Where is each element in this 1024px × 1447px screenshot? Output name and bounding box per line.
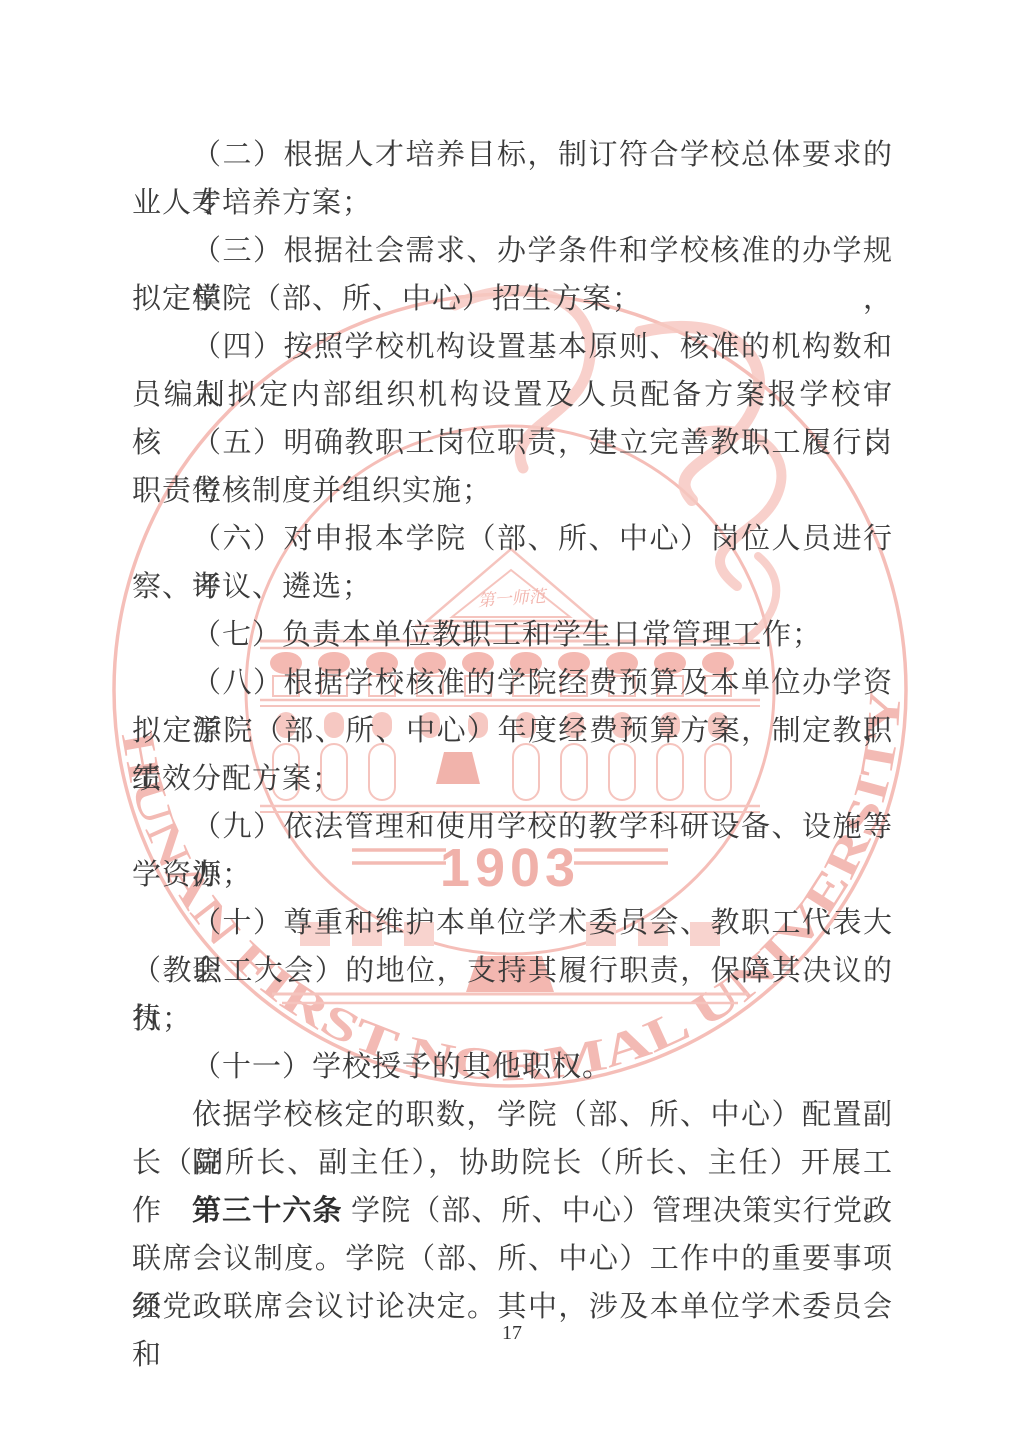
text-line: 职责考核制度并组织实施；: [132, 467, 893, 515]
text-line: 拟定学院（部、所、中心）年度经费预算方案，制定教职工: [132, 707, 893, 755]
text-line: 察、评议、遴选；: [132, 563, 893, 611]
text-line: （六）对申报本学院（部、所、中心）岗位人员进行考: [132, 515, 893, 563]
text-line: （八）根据学校核准的学院经费预算及本单位办学资源，: [132, 659, 893, 707]
line-text: 职责考核制度并组织实施；: [132, 475, 492, 507]
text-line: （五）明确教职工岗位职责，建立完善教职工履行岗位: [132, 419, 893, 467]
text-line: 长（副所长、副主任），协助院长（所长、主任）开展工作。: [132, 1139, 893, 1187]
line-text: 拟定学院（部、所、中心）招生方案；: [132, 283, 642, 315]
document-body: （二）根据人才培养目标，制订符合学校总体要求的专业人才培养方案；（三）根据社会需…: [132, 131, 893, 1331]
text-line: 联席会议制度。学院（部、所、中心）工作中的重要事项须: [132, 1235, 893, 1283]
text-line: （四）按照学校机构设置基本原则、核准的机构数和人: [132, 323, 893, 371]
text-line: 依据学校核定的职数，学院（部、所、中心）配置副院: [132, 1091, 893, 1139]
page-number: 17: [0, 1322, 1024, 1345]
line-text: 绩效分配方案；: [132, 763, 342, 795]
text-line: 员编制拟定内部组织机构设置及人员配备方案报学校审核；: [132, 371, 893, 419]
text-line: （教职工大会）的地位，支持其履行职责，保障其决议的执: [132, 947, 893, 995]
text-line: （九）依法管理和使用学校的教学科研设备、设施等办: [132, 803, 893, 851]
text-line: 学资源；: [132, 851, 893, 899]
line-text: （七）负责本单位教职工和学生日常管理工作；: [192, 619, 822, 651]
line-text: 察、评议、遴选；: [132, 571, 372, 603]
text-line: 业人才培养方案；: [132, 179, 893, 227]
line-text: 行；: [132, 1003, 192, 1035]
text-line: （二）根据人才培养目标，制订符合学校总体要求的专: [132, 131, 893, 179]
clause-number: 第三十六条: [192, 1195, 343, 1227]
text-line: 绩效分配方案；: [132, 755, 893, 803]
text-line: （七）负责本单位教职工和学生日常管理工作；: [132, 611, 893, 659]
text-line: 第三十六条 学院（部、所、中心）管理决策实行党政: [132, 1187, 893, 1235]
line-text: 业人才培养方案；: [132, 187, 372, 219]
text-line: （十一）学校授予的其他职权。: [132, 1043, 893, 1091]
text-line: （三）根据社会需求、办学条件和学校核准的办学规模，: [132, 227, 893, 275]
text-line: 行；: [132, 995, 893, 1043]
line-text: （十一）学校授予的其他职权。: [192, 1051, 612, 1083]
line-text: 学院（部、所、中心）管理决策实行党政: [343, 1195, 893, 1227]
line-text: 学资源；: [132, 859, 252, 891]
text-line: （十）尊重和维护本单位学术委员会、教职工代表大会: [132, 899, 893, 947]
